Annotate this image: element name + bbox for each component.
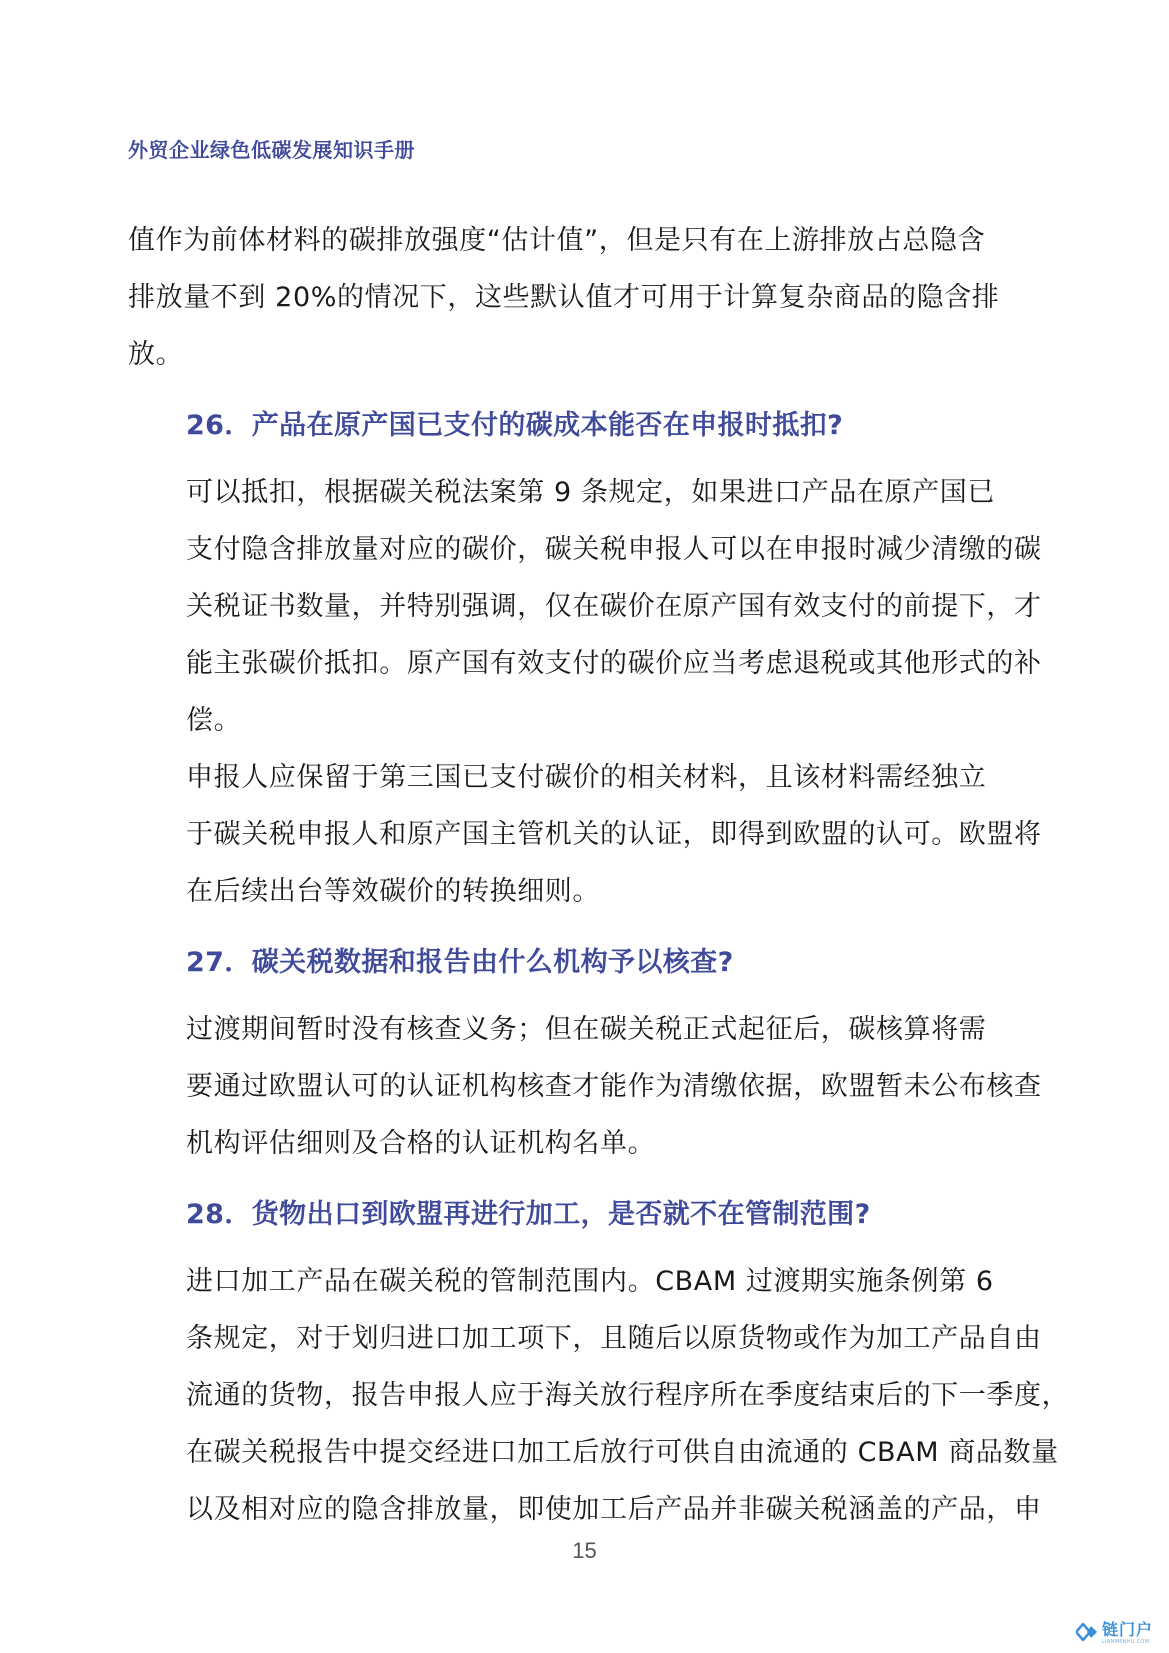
paragraph-continuation: 值作为前体材料的碳排放强度“估计值”，但是只有在上游排放占总隐含 排放量不到 2… <box>128 212 1044 383</box>
text-line: 申报人应保留于第三国已支付碳价的相关材料，且该材料需经独立 <box>128 749 1044 806</box>
answer-paragraph-28: 进口加工产品在碳关税的管制范围内。CBAM 过渡期实施条例第 6 条规定，对于划… <box>128 1253 1044 1538</box>
text-line: 条规定，对于划归进口加工项下，且随后以原货物或作为加工产品自由 <box>128 1310 1044 1367</box>
document-body: 值作为前体材料的碳排放强度“估计值”，但是只有在上游排放占总隐含 排放量不到 2… <box>128 212 1044 1538</box>
text-line: 能主张碳价抵扣。原产国有效支付的碳价应当考虑退税或其他形式的补 <box>128 635 1044 692</box>
answer-paragraph-26a: 可以抵扣，根据碳关税法案第 9 条规定，如果进口产品在原产国已 支付隐含排放量对… <box>128 464 1044 749</box>
text-line: 可以抵扣，根据碳关税法案第 9 条规定，如果进口产品在原产国已 <box>128 464 1044 521</box>
text-line: 值作为前体材料的碳排放强度“估计值”，但是只有在上游排放占总隐含 <box>128 212 1044 269</box>
text-line: 偿。 <box>128 692 1044 749</box>
text-line: 排放量不到 20%的情况下，这些默认值才可用于计算复杂商品的隐含排 <box>128 269 1044 326</box>
text-line: 以及相对应的隐含排放量，即使加工后产品并非碳关税涵盖的产品，申 <box>128 1481 1044 1538</box>
text-line: 进口加工产品在碳关税的管制范围内。CBAM 过渡期实施条例第 6 <box>128 1253 1044 1310</box>
answer-paragraph-26b: 申报人应保留于第三国已支付碳价的相关材料，且该材料需经独立 于碳关税申报人和原产… <box>128 749 1044 920</box>
watermark-domain: LIANMENHU.COM <box>1102 1640 1153 1645</box>
question-heading-26: 26．产品在原产国已支付的碳成本能否在申报时抵扣? <box>128 397 1044 454</box>
text-line: 要通过欧盟认可的认证机构核查才能作为清缴依据，欧盟暂未公布核查 <box>128 1058 1044 1115</box>
text-line: 支付隐含排放量对应的碳价，碳关税申报人可以在申报时减少清缴的碳 <box>128 521 1044 578</box>
page-number: 15 <box>0 1538 1169 1564</box>
watermark-name: 链门户 <box>1102 1622 1153 1638</box>
text-line: 机构评估细则及合格的认证机构名单。 <box>128 1115 1044 1172</box>
question-heading-27: 27．碳关税数据和报告由什么机构予以核查? <box>128 934 1044 991</box>
text-line: 过渡期间暂时没有核查义务；但在碳关税正式起征后，碳核算将需 <box>128 1001 1044 1058</box>
diamond-link-logo-icon <box>1076 1623 1098 1645</box>
watermark-logo: 链门户 LIANMENHU.COM <box>1076 1622 1153 1645</box>
question-heading-28: 28．货物出口到欧盟再进行加工，是否就不在管制范围? <box>128 1186 1044 1243</box>
running-header-title: 外贸企业绿色低碳发展知识手册 <box>128 134 415 163</box>
text-line: 关税证书数量，并特别强调，仅在碳价在原产国有效支付的前提下，才 <box>128 578 1044 635</box>
text-line: 放。 <box>128 326 1044 383</box>
text-line: 在后续出台等效碳价的转换细则。 <box>128 863 1044 920</box>
answer-paragraph-27: 过渡期间暂时没有核查义务；但在碳关税正式起征后，碳核算将需 要通过欧盟认可的认证… <box>128 1001 1044 1172</box>
text-line: 在碳关税报告中提交经进口加工后放行可供自由流通的 CBAM 商品数量 <box>128 1424 1044 1481</box>
text-line: 流通的货物，报告申报人应于海关放行程序所在季度结束后的下一季度， <box>128 1367 1044 1424</box>
text-line: 于碳关税申报人和原产国主管机关的认证，即得到欧盟的认可。欧盟将 <box>128 806 1044 863</box>
